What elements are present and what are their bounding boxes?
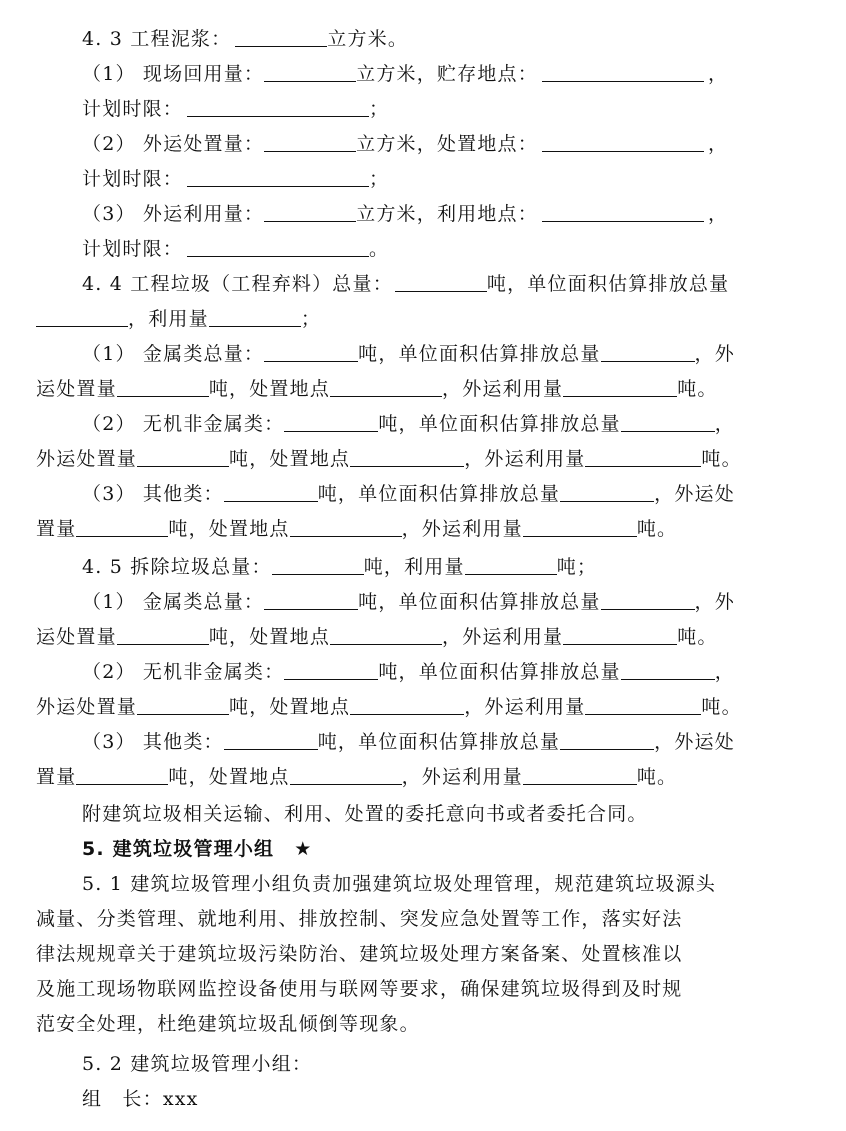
section-4-3-title: 4. 3 工程泥浆：立方米。 bbox=[82, 22, 408, 57]
blank[interactable] bbox=[137, 442, 229, 467]
slurry-ext-dispose-line: （2） 外运处置量：立方米，处置地点：， bbox=[82, 127, 728, 162]
label: 吨，单位面积估算排放总量 bbox=[378, 413, 620, 435]
blank[interactable] bbox=[284, 655, 378, 680]
label: 吨，处置地点 bbox=[168, 766, 289, 788]
blank[interactable] bbox=[601, 585, 695, 610]
section-4-4-title: 4. 4 工程垃圾（工程弃料）总量：吨，单位面积估算排放总量 bbox=[82, 267, 729, 302]
paragraph-5-2: 5. 2 建筑垃圾管理小组： bbox=[82, 1047, 312, 1082]
paragraph-5-1-line-4: 及施工现场物联网监控设备使用与联网等要求，确保建筑垃圾得到及时规 bbox=[36, 972, 682, 1007]
blank[interactable] bbox=[224, 725, 318, 750]
section-5-heading: 5. 建筑垃圾管理小组★ bbox=[82, 832, 313, 867]
demo-total-blank[interactable] bbox=[272, 550, 364, 575]
blank[interactable] bbox=[350, 442, 464, 467]
punct: ， bbox=[708, 63, 728, 85]
blank[interactable] bbox=[585, 690, 701, 715]
slurry-onsite-reuse-line: （1） 现场回用量：立方米，贮存地点：， bbox=[82, 57, 728, 92]
label: （3） 其他类： bbox=[82, 483, 224, 505]
eng-waste-unit-blank[interactable] bbox=[36, 302, 128, 327]
blank[interactable] bbox=[523, 512, 637, 537]
blank[interactable] bbox=[264, 337, 358, 362]
storage-site-blank[interactable] bbox=[542, 57, 704, 82]
punct: ， bbox=[708, 203, 728, 225]
label: 吨。 bbox=[637, 518, 677, 540]
label: 吨，单位面积估算排放总量 bbox=[487, 273, 729, 295]
deadline-blank-1[interactable] bbox=[187, 92, 369, 117]
label: 计划时限： bbox=[82, 238, 183, 260]
blank[interactable] bbox=[76, 760, 168, 785]
demo-use-blank[interactable] bbox=[465, 550, 557, 575]
blank[interactable] bbox=[563, 620, 677, 645]
label: 4. 4 工程垃圾（工程弃料）总量： bbox=[82, 273, 393, 295]
label: ，外运利用量 bbox=[402, 766, 523, 788]
label: 吨，单位面积估算排放总量 bbox=[318, 731, 560, 753]
label: 吨，处置地点 bbox=[209, 626, 330, 648]
demo-inorganic-line: （2） 无机非金属类：吨，单位面积估算排放总量， bbox=[82, 655, 735, 690]
label: 4. 5 拆除垃圾总量： bbox=[82, 556, 272, 578]
blank[interactable] bbox=[585, 442, 701, 467]
label: ，外运利用量 bbox=[402, 518, 523, 540]
blank[interactable] bbox=[290, 512, 402, 537]
blank[interactable] bbox=[330, 372, 442, 397]
dispose-site-blank[interactable] bbox=[542, 127, 704, 152]
eng-metal-cont: 运处置量吨，处置地点，外运利用量吨。 bbox=[36, 372, 718, 407]
eng-other-cont: 置量吨，处置地点，外运利用量吨。 bbox=[36, 512, 677, 547]
blank[interactable] bbox=[290, 760, 402, 785]
demo-other-line: （3） 其他类：吨，单位面积估算排放总量，外运处 bbox=[82, 725, 735, 760]
label: ，外运处 bbox=[654, 483, 735, 505]
label: 计划时限： bbox=[82, 98, 183, 120]
label: 4. 3 工程泥浆： bbox=[82, 28, 231, 50]
label: （1） 金属类总量： bbox=[82, 343, 264, 365]
punct: ； bbox=[369, 168, 389, 190]
label: （3） 外运利用量： bbox=[82, 203, 264, 225]
eng-inorganic-line: （2） 无机非金属类：吨，单位面积估算排放总量， bbox=[82, 407, 735, 442]
label: 吨，处置地点 bbox=[168, 518, 289, 540]
label: 吨。 bbox=[701, 448, 741, 470]
label: 置量 bbox=[36, 518, 76, 540]
blank[interactable] bbox=[137, 690, 229, 715]
leader-value: xxx bbox=[163, 1088, 199, 1110]
punct: ， bbox=[715, 413, 735, 435]
blank[interactable] bbox=[560, 477, 654, 502]
blank[interactable] bbox=[117, 372, 209, 397]
star-icon: ★ bbox=[294, 838, 312, 860]
label: （2） 无机非金属类： bbox=[82, 661, 284, 683]
eng-waste-use-blank[interactable] bbox=[209, 302, 301, 327]
label: 吨。 bbox=[637, 766, 677, 788]
attachment-note: 附建筑垃圾相关运输、利用、处置的委托意向书或者委托合同。 bbox=[82, 797, 648, 832]
label: ，外运处 bbox=[654, 731, 735, 753]
label: 吨，单位面积估算排放总量 bbox=[378, 661, 620, 683]
slurry-ext-use-line: （3） 外运利用量：立方米，利用地点：， bbox=[82, 197, 728, 232]
use-site-blank[interactable] bbox=[542, 197, 704, 222]
blank[interactable] bbox=[560, 725, 654, 750]
blank[interactable] bbox=[264, 585, 358, 610]
label: 吨，单位面积估算排放总量 bbox=[318, 483, 560, 505]
blank[interactable] bbox=[350, 690, 464, 715]
deadline-line-3: 计划时限：。 bbox=[82, 232, 389, 267]
punct: ， bbox=[708, 133, 728, 155]
blank[interactable] bbox=[76, 512, 168, 537]
blank[interactable] bbox=[621, 655, 715, 680]
demo-metal-line: （1） 金属类总量：吨，单位面积估算排放总量，外 bbox=[82, 585, 735, 620]
eng-inorganic-cont: 外运处置量吨，处置地点，外运利用量吨。 bbox=[36, 442, 742, 477]
ext-dispose-blank[interactable] bbox=[264, 127, 356, 152]
eng-metal-line: （1） 金属类总量：吨，单位面积估算排放总量，外 bbox=[82, 337, 735, 372]
paragraph-5-1-line-5: 范安全处理，杜绝建筑垃圾乱倾倒等现象。 bbox=[36, 1007, 420, 1042]
slurry-total-blank[interactable] bbox=[235, 22, 327, 47]
blank[interactable] bbox=[224, 477, 318, 502]
demo-other-cont: 置量吨，处置地点，外运利用量吨。 bbox=[36, 760, 677, 795]
deadline-line-2: 计划时限：； bbox=[82, 162, 389, 197]
label: 吨，单位面积估算排放总量 bbox=[358, 343, 600, 365]
label: 运处置量 bbox=[36, 626, 117, 648]
section-4-5-title: 4. 5 拆除垃圾总量：吨，利用量吨； bbox=[82, 550, 597, 585]
leader-label: 组 长： bbox=[82, 1088, 163, 1110]
label: 置量 bbox=[36, 766, 76, 788]
section-4-4-cont: ，利用量； bbox=[36, 302, 321, 337]
blank[interactable] bbox=[563, 372, 677, 397]
label: ，外运利用量 bbox=[464, 448, 585, 470]
label: 计划时限： bbox=[82, 168, 183, 190]
onsite-reuse-blank[interactable] bbox=[264, 57, 356, 82]
blank[interactable] bbox=[284, 407, 378, 432]
ext-use-blank[interactable] bbox=[264, 197, 356, 222]
punct: 。 bbox=[369, 238, 389, 260]
label: 立方米，处置地点： bbox=[356, 133, 538, 155]
blank[interactable] bbox=[523, 760, 637, 785]
label: 吨，利用量 bbox=[364, 556, 465, 578]
group-leader-line: 组 长：xxx bbox=[82, 1082, 199, 1117]
label: 吨，处置地点 bbox=[209, 378, 330, 400]
punct: ； bbox=[301, 308, 321, 330]
label: （3） 其他类： bbox=[82, 731, 224, 753]
label: ，外运利用量 bbox=[464, 696, 585, 718]
unit: 立方米。 bbox=[327, 28, 408, 50]
label: ，利用量 bbox=[128, 308, 209, 330]
paragraph-5-1-line-2: 减量、分类管理、就地利用、排放控制、突发应急处置等工作，落实好法 bbox=[36, 902, 682, 937]
blank[interactable] bbox=[621, 407, 715, 432]
punct: ； bbox=[369, 98, 389, 120]
label: 吨。 bbox=[701, 696, 741, 718]
label: ，外 bbox=[695, 343, 735, 365]
label: （1） 现场回用量： bbox=[82, 63, 264, 85]
deadline-line-1: 计划时限：； bbox=[82, 92, 389, 127]
label: 运处置量 bbox=[36, 378, 117, 400]
deadline-blank-3[interactable] bbox=[187, 232, 369, 257]
label: 吨； bbox=[557, 556, 597, 578]
blank[interactable] bbox=[117, 620, 209, 645]
label: （2） 无机非金属类： bbox=[82, 413, 284, 435]
label: 立方米，利用地点： bbox=[356, 203, 538, 225]
blank[interactable] bbox=[601, 337, 695, 362]
deadline-blank-2[interactable] bbox=[187, 162, 369, 187]
paragraph-5-1-line-1: 5. 1 建筑垃圾管理小组负责加强建筑垃圾处理管理，规范建筑垃圾源头 bbox=[82, 867, 716, 902]
paragraph-5-1-line-3: 律法规规章关于建筑垃圾污染防治、建筑垃圾处理方案备案、处置核准以 bbox=[36, 937, 682, 972]
label: 立方米，贮存地点： bbox=[356, 63, 538, 85]
heading-text: 5. 建筑垃圾管理小组 bbox=[82, 838, 274, 860]
label: ，外 bbox=[695, 591, 735, 613]
label: 外运处置量 bbox=[36, 448, 137, 470]
label: 吨。 bbox=[677, 626, 717, 648]
demo-metal-cont: 运处置量吨，处置地点，外运利用量吨。 bbox=[36, 620, 718, 655]
label: 吨，处置地点 bbox=[229, 696, 350, 718]
punct: ， bbox=[715, 661, 735, 683]
label: （2） 外运处置量： bbox=[82, 133, 264, 155]
eng-other-line: （3） 其他类：吨，单位面积估算排放总量，外运处 bbox=[82, 477, 735, 512]
label: 外运处置量 bbox=[36, 696, 137, 718]
eng-waste-total-blank[interactable] bbox=[395, 267, 487, 292]
label: ，外运利用量 bbox=[442, 378, 563, 400]
blank[interactable] bbox=[330, 620, 442, 645]
label: 吨。 bbox=[677, 378, 717, 400]
label: ，外运利用量 bbox=[442, 626, 563, 648]
label: 吨，单位面积估算排放总量 bbox=[358, 591, 600, 613]
demo-inorganic-cont: 外运处置量吨，处置地点，外运利用量吨。 bbox=[36, 690, 742, 725]
label: 吨，处置地点 bbox=[229, 448, 350, 470]
label: （1） 金属类总量： bbox=[82, 591, 264, 613]
